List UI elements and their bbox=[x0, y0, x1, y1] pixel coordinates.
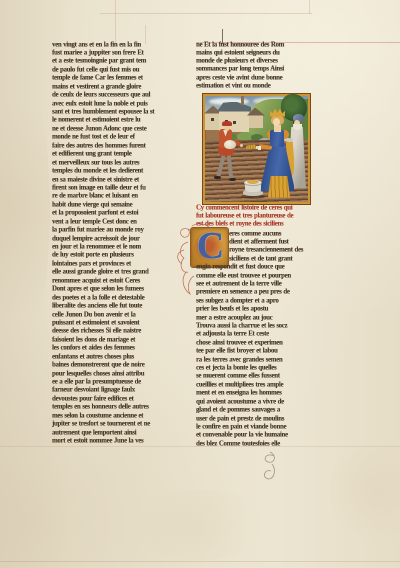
ceres-neck bbox=[274, 125, 281, 132]
left-text-column: ven vingt ans et en la fin en la finfust… bbox=[52, 41, 180, 449]
text-line: Cy commencent listoire de ceres qui bbox=[196, 204, 316, 213]
ceres-bodice bbox=[270, 130, 284, 147]
sower-shoe bbox=[214, 176, 221, 179]
parchment-stain bbox=[330, 430, 400, 550]
window bbox=[233, 121, 236, 125]
catchword-flourish bbox=[250, 448, 292, 486]
text-line: deesse des richesses Si elle naistre bbox=[52, 327, 180, 336]
illuminated-initial: C bbox=[191, 228, 228, 267]
text-line: tee par elle fist broyer et labou bbox=[196, 347, 314, 356]
attendant-wimple bbox=[293, 124, 302, 130]
chimney bbox=[241, 96, 244, 105]
grain-sheaf bbox=[246, 144, 256, 149]
ruling-line-lower bbox=[0, 561, 400, 562]
seed-pouch bbox=[224, 140, 236, 149]
text-line: ne Et la fust honnouree des Rom bbox=[196, 41, 314, 50]
text-line: la parfin fut mariee au monde roy bbox=[52, 226, 180, 235]
text-line: jupiter se tresfort se tournerent et ne bbox=[52, 420, 180, 429]
text-line: gland et de pommes sauvages a bbox=[196, 406, 314, 415]
sower-cap bbox=[222, 121, 232, 126]
right-text-column-body: engin respondit et fust douce quecomme e… bbox=[196, 263, 314, 449]
text-line: et adjousta la terre Et ceste bbox=[196, 330, 314, 339]
window bbox=[211, 118, 214, 122]
text-line: et convenable pour la vie humaine bbox=[196, 431, 314, 440]
text-line: Dont apres et que selon les fumees bbox=[52, 285, 180, 294]
text-line: et edifierent ung grant temple bbox=[52, 150, 180, 159]
grain bbox=[247, 180, 259, 184]
ruling-line-vertical bbox=[309, 0, 310, 14]
text-line: engin respondit et fust douce que bbox=[196, 263, 314, 272]
text-line: royne tresanciennement des bbox=[229, 246, 314, 255]
initial-letter: C bbox=[192, 224, 229, 268]
text-line: mort et estoit nommee June la ves bbox=[52, 437, 180, 446]
text-line: les confors et aides des femmes bbox=[52, 344, 180, 353]
text-line: premiere en semence a peu pres de bbox=[196, 288, 314, 297]
ruling-line-vertical bbox=[115, 0, 116, 44]
miniature-painting bbox=[203, 94, 310, 204]
ruling-line-top bbox=[100, 13, 312, 14]
right-text-column-top: ne Et la fust honnouree des Rommains qui… bbox=[196, 41, 314, 92]
manuscript-page: { "manuscript": { "left_column": { "line… bbox=[0, 0, 400, 568]
sower-shoe bbox=[229, 178, 236, 181]
text-line: liberalite des anciens elle fut toute bbox=[52, 302, 180, 311]
text-line: baines demonstrerent que de noire bbox=[52, 361, 180, 370]
ceres-face bbox=[273, 118, 280, 126]
parchment-stain bbox=[120, 490, 280, 560]
ceres-underskirt bbox=[268, 176, 290, 198]
text-line: temple de fame Car les femmes et bbox=[52, 74, 180, 83]
text-line: temples en ses honneurs delle autres bbox=[52, 403, 180, 412]
text-line: monde ne fust tost et de leur ef bbox=[52, 133, 180, 142]
text-line: et a este tesmoingnie par grant tem bbox=[52, 57, 180, 66]
text-line: sommances par long temps Ainsi bbox=[196, 65, 314, 74]
text-line: et la proposoient parfont et estoi bbox=[52, 209, 180, 218]
text-line: prier les beufs et les apostu bbox=[196, 305, 314, 314]
text-line: elle aussi grande gloire et tres grand bbox=[52, 268, 180, 277]
text-line: de ceulx de leurs successeurs que aul bbox=[52, 91, 180, 100]
text-line: temples du monde et les dedierent bbox=[52, 167, 180, 176]
parchment-stain bbox=[0, 60, 50, 360]
farm-building bbox=[249, 114, 263, 128]
text-line: re de marbre blanc et luisant en bbox=[52, 192, 180, 201]
text-line: estimation et vint ou monde bbox=[196, 82, 314, 91]
right-text-column-indent: eres comme aucunsdient et afferment fust… bbox=[229, 230, 314, 264]
text-line: siciliens et de tant grant bbox=[229, 255, 314, 264]
sower-hand bbox=[240, 144, 243, 147]
text-line: ment et en enseigna les hommes bbox=[196, 389, 314, 398]
